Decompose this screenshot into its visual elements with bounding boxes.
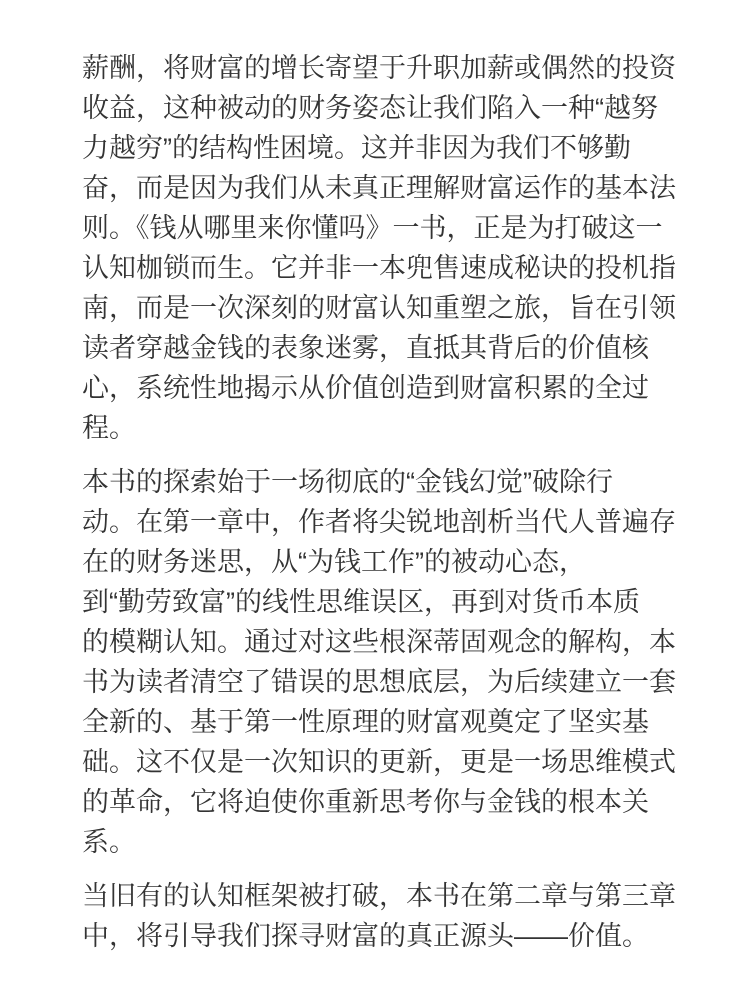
text-line: 程。 bbox=[82, 408, 682, 448]
text-line: 力越穷”的结构性困境。这并非因为我们不够勤 bbox=[82, 128, 682, 168]
text-line: 心，系统性地揭示从价值创造到财富积累的全过 bbox=[82, 368, 682, 408]
text-line: 到“勤劳致富”的线性思维误区，再到对货币本质 bbox=[82, 582, 682, 622]
paragraph: 薪酬，将财富的增长寄望于升职加薪或偶然的投资收益，这种被动的财务姿态让我们陷入一… bbox=[82, 48, 682, 448]
text-line: 奋，而是因为我们从未真正理解财富运作的基本法 bbox=[82, 168, 682, 208]
text-line: 础。这不仅是一次知识的更新，更是一场思维模式 bbox=[82, 742, 682, 782]
text-line: 的革命，它将迫使你重新思考你与金钱的根本关 bbox=[82, 782, 682, 822]
text-line: 南，而是一次深刻的财富认知重塑之旅，旨在引领 bbox=[82, 288, 682, 328]
text-line: 的模糊认知。通过对这些根深蒂固观念的解构，本 bbox=[82, 622, 682, 662]
text-line: 在的财务迷思，从“为钱工作”的被动心态， bbox=[82, 542, 682, 582]
text-line: 则。《钱从哪里来你懂吗》一书，正是为打破这一 bbox=[82, 208, 682, 248]
document-body: 薪酬，将财富的增长寄望于升职加薪或偶然的投资收益，这种被动的财务姿态让我们陷入一… bbox=[82, 48, 682, 970]
text-line: 动。在第一章中，作者将尖锐地剖析当代人普遍存 bbox=[82, 502, 682, 542]
reader-page: 薪酬，将财富的增长寄望于升职加薪或偶然的投资收益，这种被动的财务姿态让我们陷入一… bbox=[0, 0, 750, 1000]
text-line: 中，将引导我们探寻财富的真正源头——价值。 bbox=[82, 916, 682, 956]
text-line: 当旧有的认知框架被打破，本书在第二章与第三章 bbox=[82, 876, 682, 916]
text-line: 读者穿越金钱的表象迷雾，直抵其背后的价值核 bbox=[82, 328, 682, 368]
paragraph: 本书的探索始于一场彻底的“金钱幻觉”破除行动。在第一章中，作者将尖锐地剖析当代人… bbox=[82, 462, 682, 862]
text-line: 认知枷锁而生。它并非一本兜售速成秘诀的投机指 bbox=[82, 248, 682, 288]
text-line: 全新的、基于第一性原理的财富观奠定了坚实基 bbox=[82, 702, 682, 742]
text-line: 系。 bbox=[82, 822, 682, 862]
text-line: 薪酬，将财富的增长寄望于升职加薪或偶然的投资 bbox=[82, 48, 682, 88]
text-line: 书为读者清空了错误的思想底层，为后续建立一套 bbox=[82, 662, 682, 702]
text-line: 收益，这种被动的财务姿态让我们陷入一种“越努 bbox=[82, 88, 682, 128]
paragraph: 当旧有的认知框架被打破，本书在第二章与第三章中，将引导我们探寻财富的真正源头——… bbox=[82, 876, 682, 956]
text-line: 本书的探索始于一场彻底的“金钱幻觉”破除行 bbox=[82, 462, 682, 502]
